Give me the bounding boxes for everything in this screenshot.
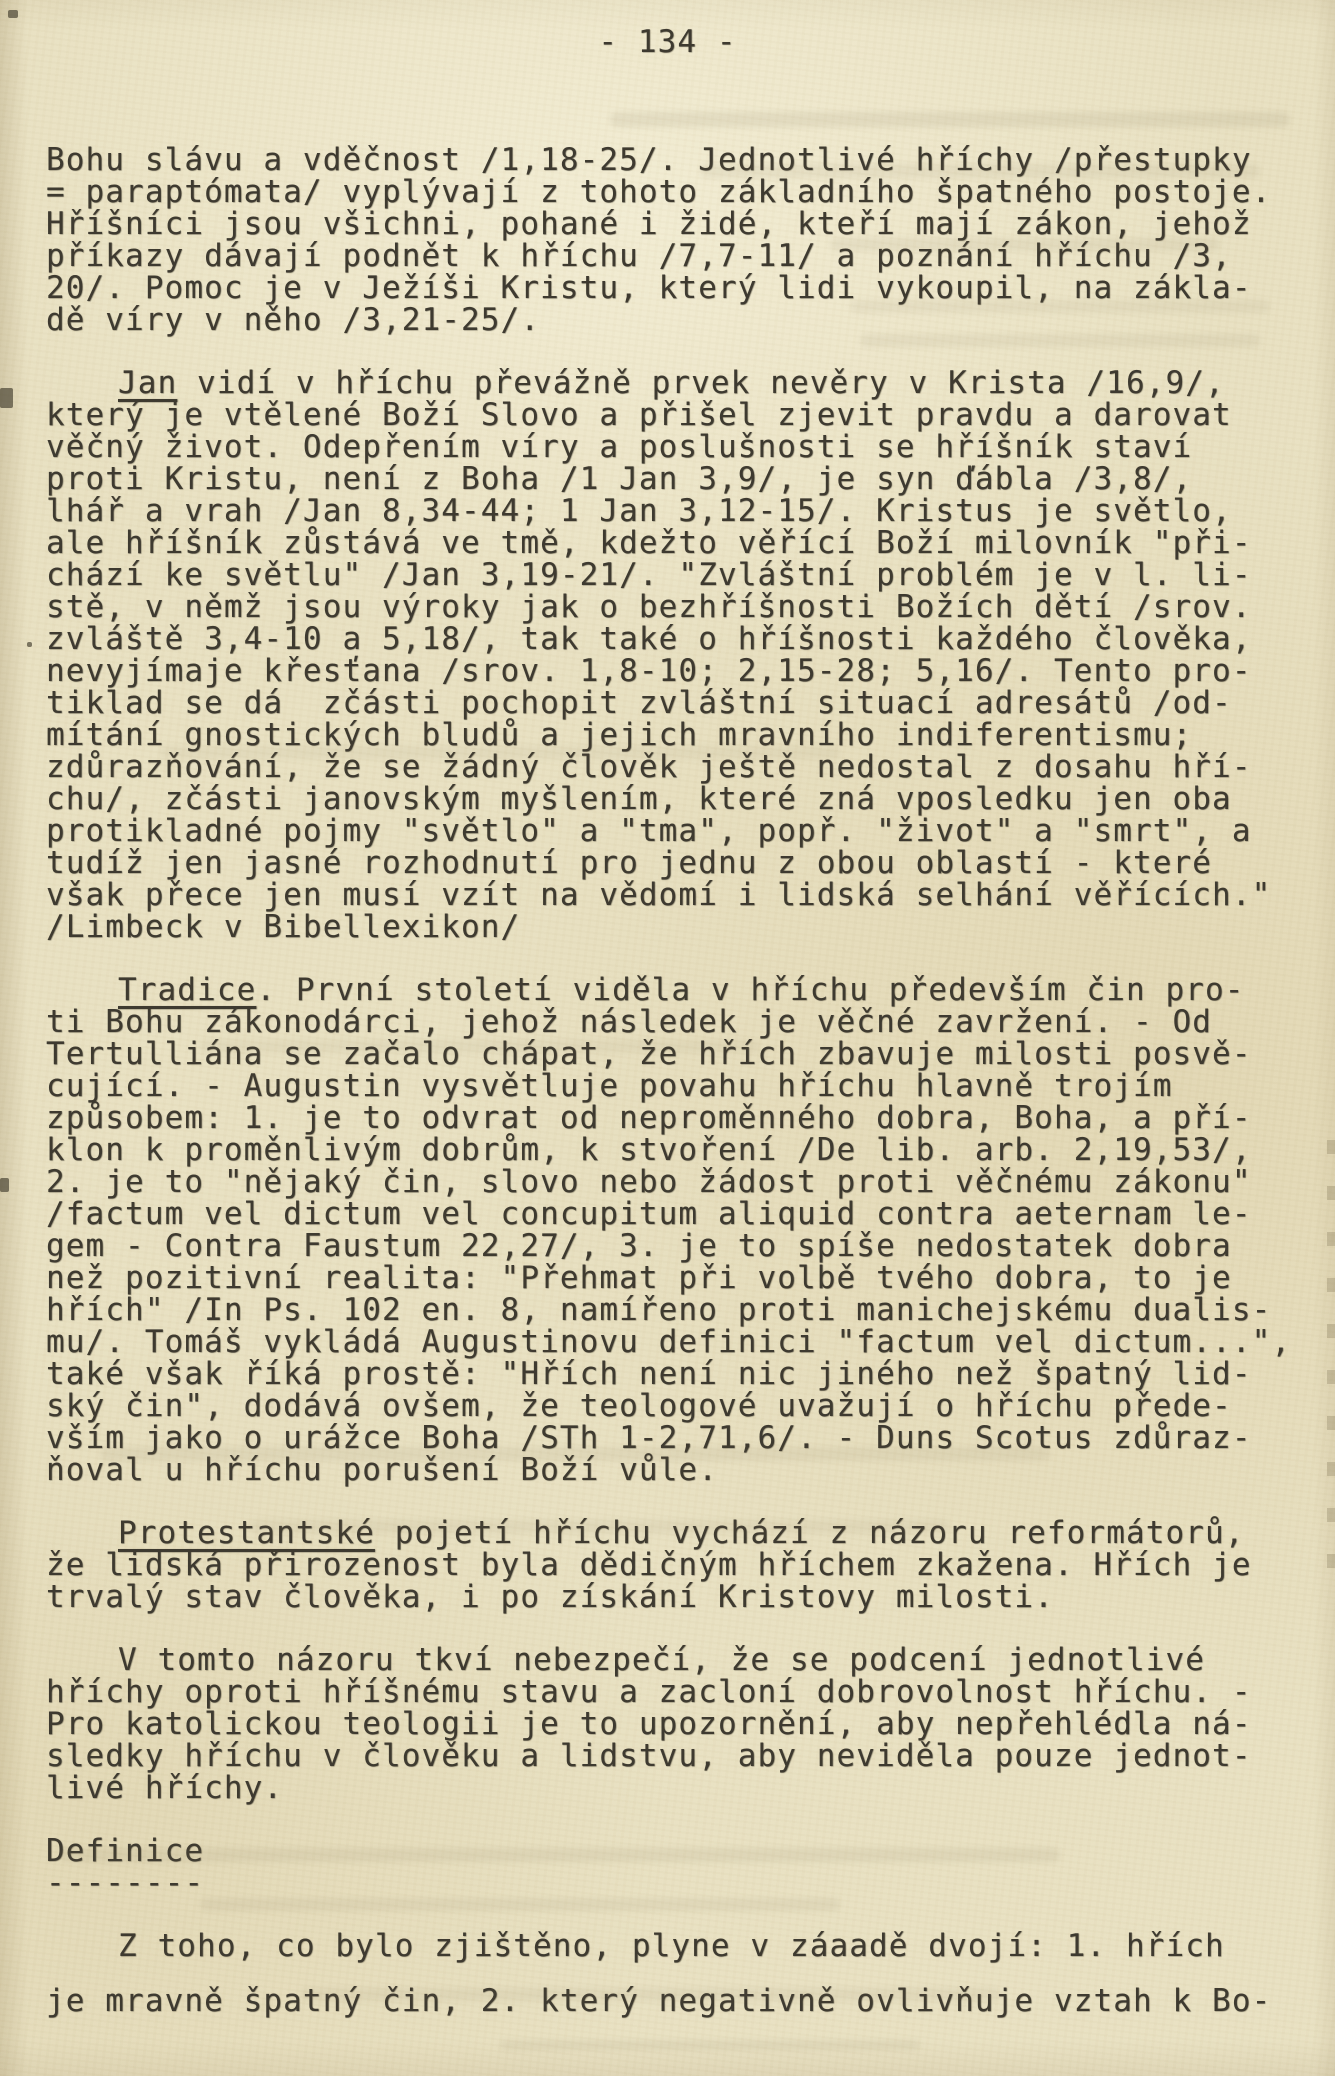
ghost-impression	[830, 238, 1220, 251]
text-line: než pozitivní realita: "Přehmat při volb…	[46, 1262, 1299, 1294]
underlined-word: Jan	[118, 365, 177, 401]
text-line: nevyjímaje křesťana /srov. 1,8-10; 2,15-…	[46, 655, 1299, 687]
text-line: ale hříšník zůstává ve tmě, kdežto věříc…	[46, 527, 1299, 559]
text-line: který je vtělené Boží Slovo a přišel zje…	[46, 399, 1299, 431]
text-line: tiklad se dá zčásti pochopit zvláštní si…	[46, 687, 1299, 719]
ghost-impression	[200, 1040, 760, 1053]
text-line: sledky hříchu v člověku a lidstvu, aby n…	[46, 1740, 1299, 1772]
paragraph: Jan vidí v hříchu převážně prvek nevěry …	[46, 367, 1299, 943]
document-body: Bohu slávu a vděčnost /1,18-25/. Jednotl…	[0, 58, 1335, 2017]
ghost-impression	[700, 164, 1260, 178]
text-line: Jan vidí v hříchu převážně prvek nevěry …	[46, 367, 1299, 399]
ghost-impression	[100, 1447, 1050, 1461]
paragraph: V tomto názoru tkví nebezpečí, že se pod…	[46, 1644, 1299, 1804]
ghost-impression	[860, 334, 1260, 347]
text-line: stě, v němž jsou výroky jak o bezhříšnos…	[46, 591, 1299, 623]
ghost-impression	[200, 1898, 840, 1911]
text-line: Tradice. První století viděla v hříchu p…	[46, 974, 1299, 1006]
text-line: ský čin", dodává ovšem, že teologové uva…	[46, 1390, 1299, 1422]
text-line: lhář a vrah /Jan 8,34-44; 1 Jan 3,12-15/…	[46, 495, 1299, 527]
paper-speck	[27, 642, 32, 647]
ghost-impression	[60, 1848, 1060, 1862]
ghost-impression	[610, 112, 1290, 127]
text-line: hřích" /In Ps. 102 en. 8, namířeno proti…	[46, 1294, 1299, 1326]
text-line: ti Bohu zákonodárci, jehož následek je v…	[46, 1006, 1299, 1038]
page-number: - 134 -	[598, 24, 736, 60]
underlined-word: Tradice	[118, 972, 256, 1008]
text-line: Z toho, co bylo zjištěno, plyne v záaadě…	[46, 1930, 1299, 1962]
ghost-impression	[300, 1988, 1000, 2001]
paper-speck	[0, 388, 13, 408]
text-line: protikladné pojmy "světlo" a "tma", popř…	[46, 815, 1299, 847]
paper-speck	[8, 10, 18, 18]
text-line: --------	[46, 1867, 1299, 1899]
paper-right-edge-marks	[1327, 1140, 1335, 1600]
text-line: hříchy oproti hříšnému stavu a zacloní d…	[46, 1676, 1299, 1708]
text-line: Pro katolickou teologii je to upozornění…	[46, 1708, 1299, 1740]
paper-speck	[0, 1178, 9, 1192]
text-line: tudíž jen jasné rozhodnutí pro jednu z o…	[46, 847, 1299, 879]
text-line: proti Kristu, není z Boha /1 Jan 3,9/, j…	[46, 463, 1299, 495]
text-line: = paraptómata/ vyplývají z tohoto základ…	[46, 176, 1299, 208]
paragraph: Z toho, co bylo zjištěno, plyne v záaadě…	[46, 1930, 1299, 2017]
text-line: /Limbeck v Bibellexikon/	[46, 911, 1299, 943]
scanned-document-page: - 134 - Bohu slávu a vděčnost /1,18-25/.…	[0, 0, 1335, 2076]
text-line: trvalý stav člověka, i po získání Kristo…	[46, 1581, 1299, 1613]
text-line: klon k proměnlivým dobrům, k stvoření /D…	[46, 1134, 1299, 1166]
ghost-impression	[500, 2040, 920, 2050]
ghost-impression	[250, 1520, 950, 1533]
text-line: zvláště 3,4-10 a 5,18/, tak také o hříšn…	[46, 623, 1299, 655]
text-line: gem - Contra Faustum 22,27/, 3. je to sp…	[46, 1230, 1299, 1262]
text-line: cující. - Augustin vysvětluje povahu hří…	[46, 1070, 1299, 1102]
text-line: 2. je to "nějaký čin, slovo nebo žádost …	[46, 1166, 1299, 1198]
text-line: mu/. Tomáš vykládá Augustinovu definici …	[46, 1326, 1299, 1358]
text-line: chází ke světlu" /Jan 3,19-21/. "Zvláštn…	[46, 559, 1299, 591]
text-line: V tomto názoru tkví nebezpečí, že se pod…	[46, 1644, 1299, 1676]
text-line: chu/, zčásti janovským myšlením, které z…	[46, 783, 1299, 815]
text-line: Hříšníci jsou všichni, pohané i židé, kt…	[46, 208, 1299, 240]
text-line: však přece jen musí vzít na vědomí i lid…	[46, 879, 1299, 911]
section-heading: Definice--------	[46, 1835, 1299, 1899]
ghost-impression	[850, 300, 1270, 313]
page-header: - 134 -	[0, 0, 1335, 58]
ghost-impression	[160, 746, 840, 759]
text-line: livé hříchy.	[46, 1772, 1299, 1804]
text-line: /factum vel dictum vel concupitum aliqui…	[46, 1198, 1299, 1230]
text-line: způsobem: 1. je to odvrat od neproměnnéh…	[46, 1102, 1299, 1134]
text-line: také však říká prostě: "Hřích není nic j…	[46, 1358, 1299, 1390]
text-line: že lidská přirozenost byla dědičným hříc…	[46, 1549, 1299, 1581]
text-line: věčný život. Odepřením víry a poslušnost…	[46, 431, 1299, 463]
